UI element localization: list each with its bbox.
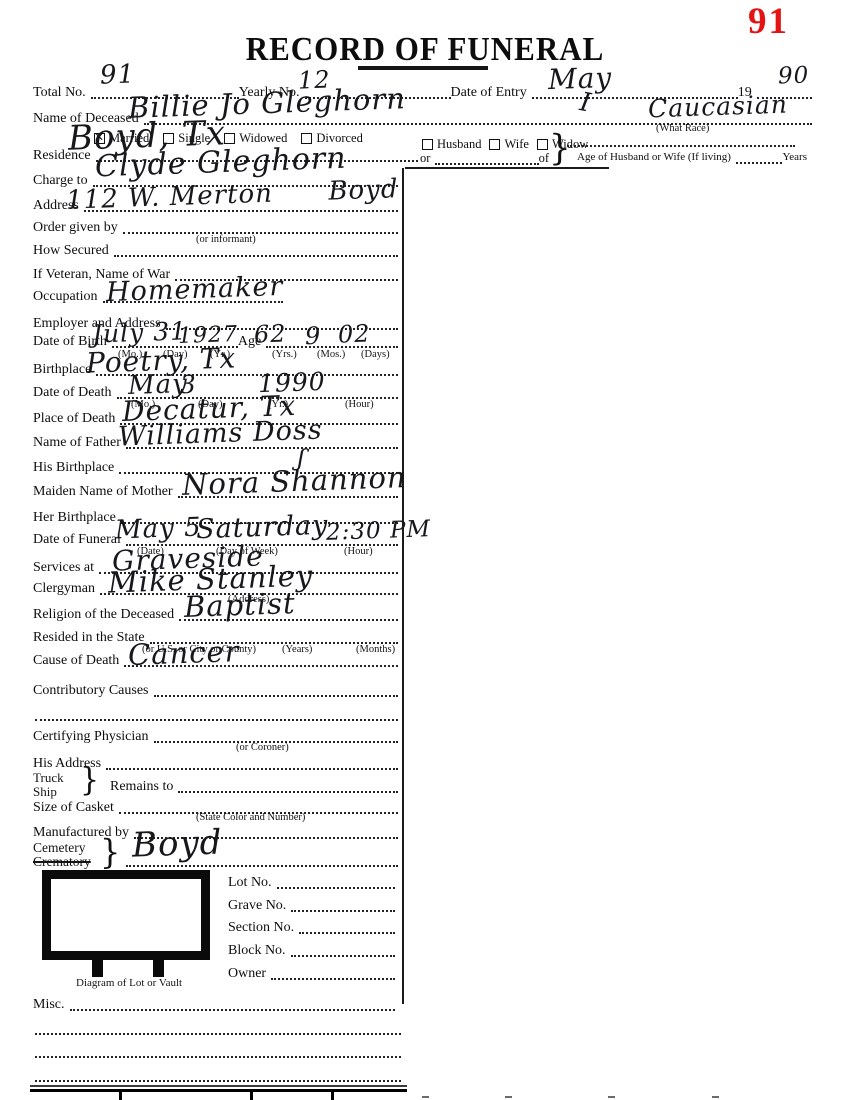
funeral-record-page: 91 RECORD OF FUNERAL Total No. Yearly No…	[0, 0, 850, 1100]
age-of-spouse-label: Age of Husband or Wife (If living)	[577, 150, 734, 165]
dotted-line	[567, 145, 795, 147]
table-tick	[119, 1090, 122, 1100]
dotted-line	[144, 123, 812, 125]
handwriting-cemetery: Boyd	[131, 822, 223, 865]
remains-to-label: Remains to	[110, 779, 176, 794]
field-how-secured: How Secured	[33, 242, 398, 258]
age-of-spouse-row: Age of Husband or Wife (If living) Years	[577, 151, 810, 165]
field-contributory-causes: Contributory Causes	[33, 682, 398, 698]
his-birthplace-label: His Birthplace	[33, 460, 117, 475]
handwriting-total-no: 91	[99, 59, 135, 90]
field-section-no: Section No.	[228, 919, 395, 935]
handwriting-funeral-date: May 5	[115, 512, 203, 545]
handwriting-age-months: 9	[305, 322, 322, 351]
age-mos-hint: (Mos.)	[317, 349, 345, 360]
table-tick-faint	[608, 1096, 615, 1098]
spouse-age-dotted	[565, 132, 795, 148]
contributory-causes-label: Contributory Causes	[33, 683, 152, 698]
years-label: Years	[782, 150, 810, 165]
dod-hour-hint: (Hour)	[345, 399, 374, 410]
dotted-line	[277, 887, 395, 889]
dotted-line	[299, 932, 395, 934]
dotted-line	[291, 910, 395, 912]
date-of-death-label: Date of Death	[33, 385, 115, 400]
or-coroner-hint: (or Coroner)	[236, 742, 289, 753]
handwriting-age-years: 62	[254, 319, 288, 348]
name-of-father-label: Name of Father	[33, 435, 124, 450]
lot-diagram-leg	[92, 958, 103, 977]
table-tick-faint	[712, 1096, 719, 1098]
place-of-death-label: Place of Death	[33, 411, 118, 426]
right-panel-top-line	[405, 167, 609, 169]
remains-brace: }	[80, 762, 99, 799]
field-certifying-physician: Certifying Physician	[33, 728, 398, 744]
crematory-label: Crematory	[33, 854, 91, 870]
lot-diagram-box	[42, 870, 210, 960]
clergyman-label: Clergyman	[33, 581, 98, 596]
dotted-line	[123, 232, 398, 234]
field-owner: Owner	[228, 965, 395, 981]
title-underline	[358, 66, 488, 70]
misc-label: Misc.	[33, 997, 68, 1012]
funeral-hour-hint: (Hour)	[344, 546, 373, 557]
dotted-line	[126, 865, 398, 867]
order-given-by-label: Order given by	[33, 220, 121, 235]
section-no-label: Section No.	[228, 920, 297, 935]
checkbox-husband	[422, 139, 433, 150]
or-label: or	[420, 151, 433, 166]
blank-dotted-line	[33, 1043, 401, 1059]
table-tick-faint	[505, 1096, 512, 1098]
dotted-line	[291, 955, 395, 957]
ship-label: Ship	[33, 784, 57, 800]
dotted-line	[114, 255, 398, 257]
lot-no-label: Lot No.	[228, 875, 275, 890]
dotted-line	[154, 695, 399, 697]
diagram-caption: Diagram of Lot or Vault	[76, 977, 182, 989]
block-no-label: Block No.	[228, 943, 289, 958]
owner-label: Owner	[228, 966, 269, 981]
table-tick	[250, 1090, 253, 1100]
cause-of-death-label: Cause of Death	[33, 653, 122, 668]
handwriting-date-of-entry: May	[547, 61, 612, 96]
services-at-label: Services at	[33, 560, 97, 575]
table-tick	[331, 1090, 334, 1100]
checkbox-wife	[489, 139, 500, 150]
handwriting-age-days: 02	[338, 319, 372, 348]
dotted-line	[35, 719, 398, 721]
spouse-or-of-row: or of	[420, 150, 552, 166]
field-lot-no: Lot No.	[228, 874, 395, 890]
size-of-casket-label: Size of Casket	[33, 800, 117, 815]
field-block-no: Block No.	[228, 942, 395, 958]
field-order-given-by: Order given by	[33, 219, 398, 235]
date-of-funeral-label: Date of Funeral	[33, 532, 124, 547]
bottom-table-rule	[30, 1085, 407, 1092]
maiden-name-of-mother-label: Maiden Name of Mother	[33, 484, 176, 499]
checkbox-widow	[537, 139, 548, 150]
age-yrs-hint: (Yrs.)	[272, 349, 297, 360]
total-no-label: Total No.	[33, 85, 89, 100]
certifying-physician-label: Certifying Physician	[33, 729, 152, 744]
dotted-line	[106, 768, 398, 770]
dotted-line	[35, 1033, 401, 1035]
dotted-line	[271, 978, 395, 980]
handwriting-funeral-hour: 2:30 PM	[326, 516, 432, 546]
cemetery-brace: }	[100, 832, 120, 872]
blank-dotted-line	[33, 1020, 401, 1036]
dotted-line	[35, 1056, 401, 1058]
field-remains-to: Remains to	[110, 778, 398, 794]
table-tick-faint	[422, 1096, 429, 1098]
how-secured-label: How Secured	[33, 243, 112, 258]
state-color-number-hint: (State Color and Number)	[196, 812, 305, 823]
right-panel-divider	[402, 168, 404, 1004]
field-grave-no: Grave No.	[228, 897, 395, 913]
age-days-hint: (Days)	[361, 349, 390, 360]
field-misc: Misc.	[33, 996, 395, 1012]
of-label: of	[539, 151, 552, 166]
blank-dotted-line	[33, 1067, 401, 1083]
lot-diagram-leg	[153, 958, 164, 977]
grave-no-label: Grave No.	[228, 898, 289, 913]
handwriting-race: Caucasian	[648, 90, 789, 124]
handwriting-religion: Baptist	[183, 586, 296, 624]
dotted-line	[178, 791, 398, 793]
handwriting-cause-of-death: Cancer	[127, 634, 240, 672]
handwriting-occupation: Homemaker	[106, 271, 284, 308]
occupation-label: Occupation	[33, 289, 101, 304]
dotted-line	[70, 1009, 396, 1011]
dotted-line	[35, 1080, 401, 1082]
dotted-line	[435, 163, 538, 165]
dotted-line	[736, 162, 783, 164]
handwriting-entry-year: 90	[778, 62, 810, 89]
date-of-entry-label: Date of Entry	[451, 85, 530, 100]
blank-dotted-line	[33, 706, 398, 722]
religion-label: Religion of the Deceased	[33, 607, 177, 622]
her-birthplace-label: Her Birthplace	[33, 510, 119, 525]
